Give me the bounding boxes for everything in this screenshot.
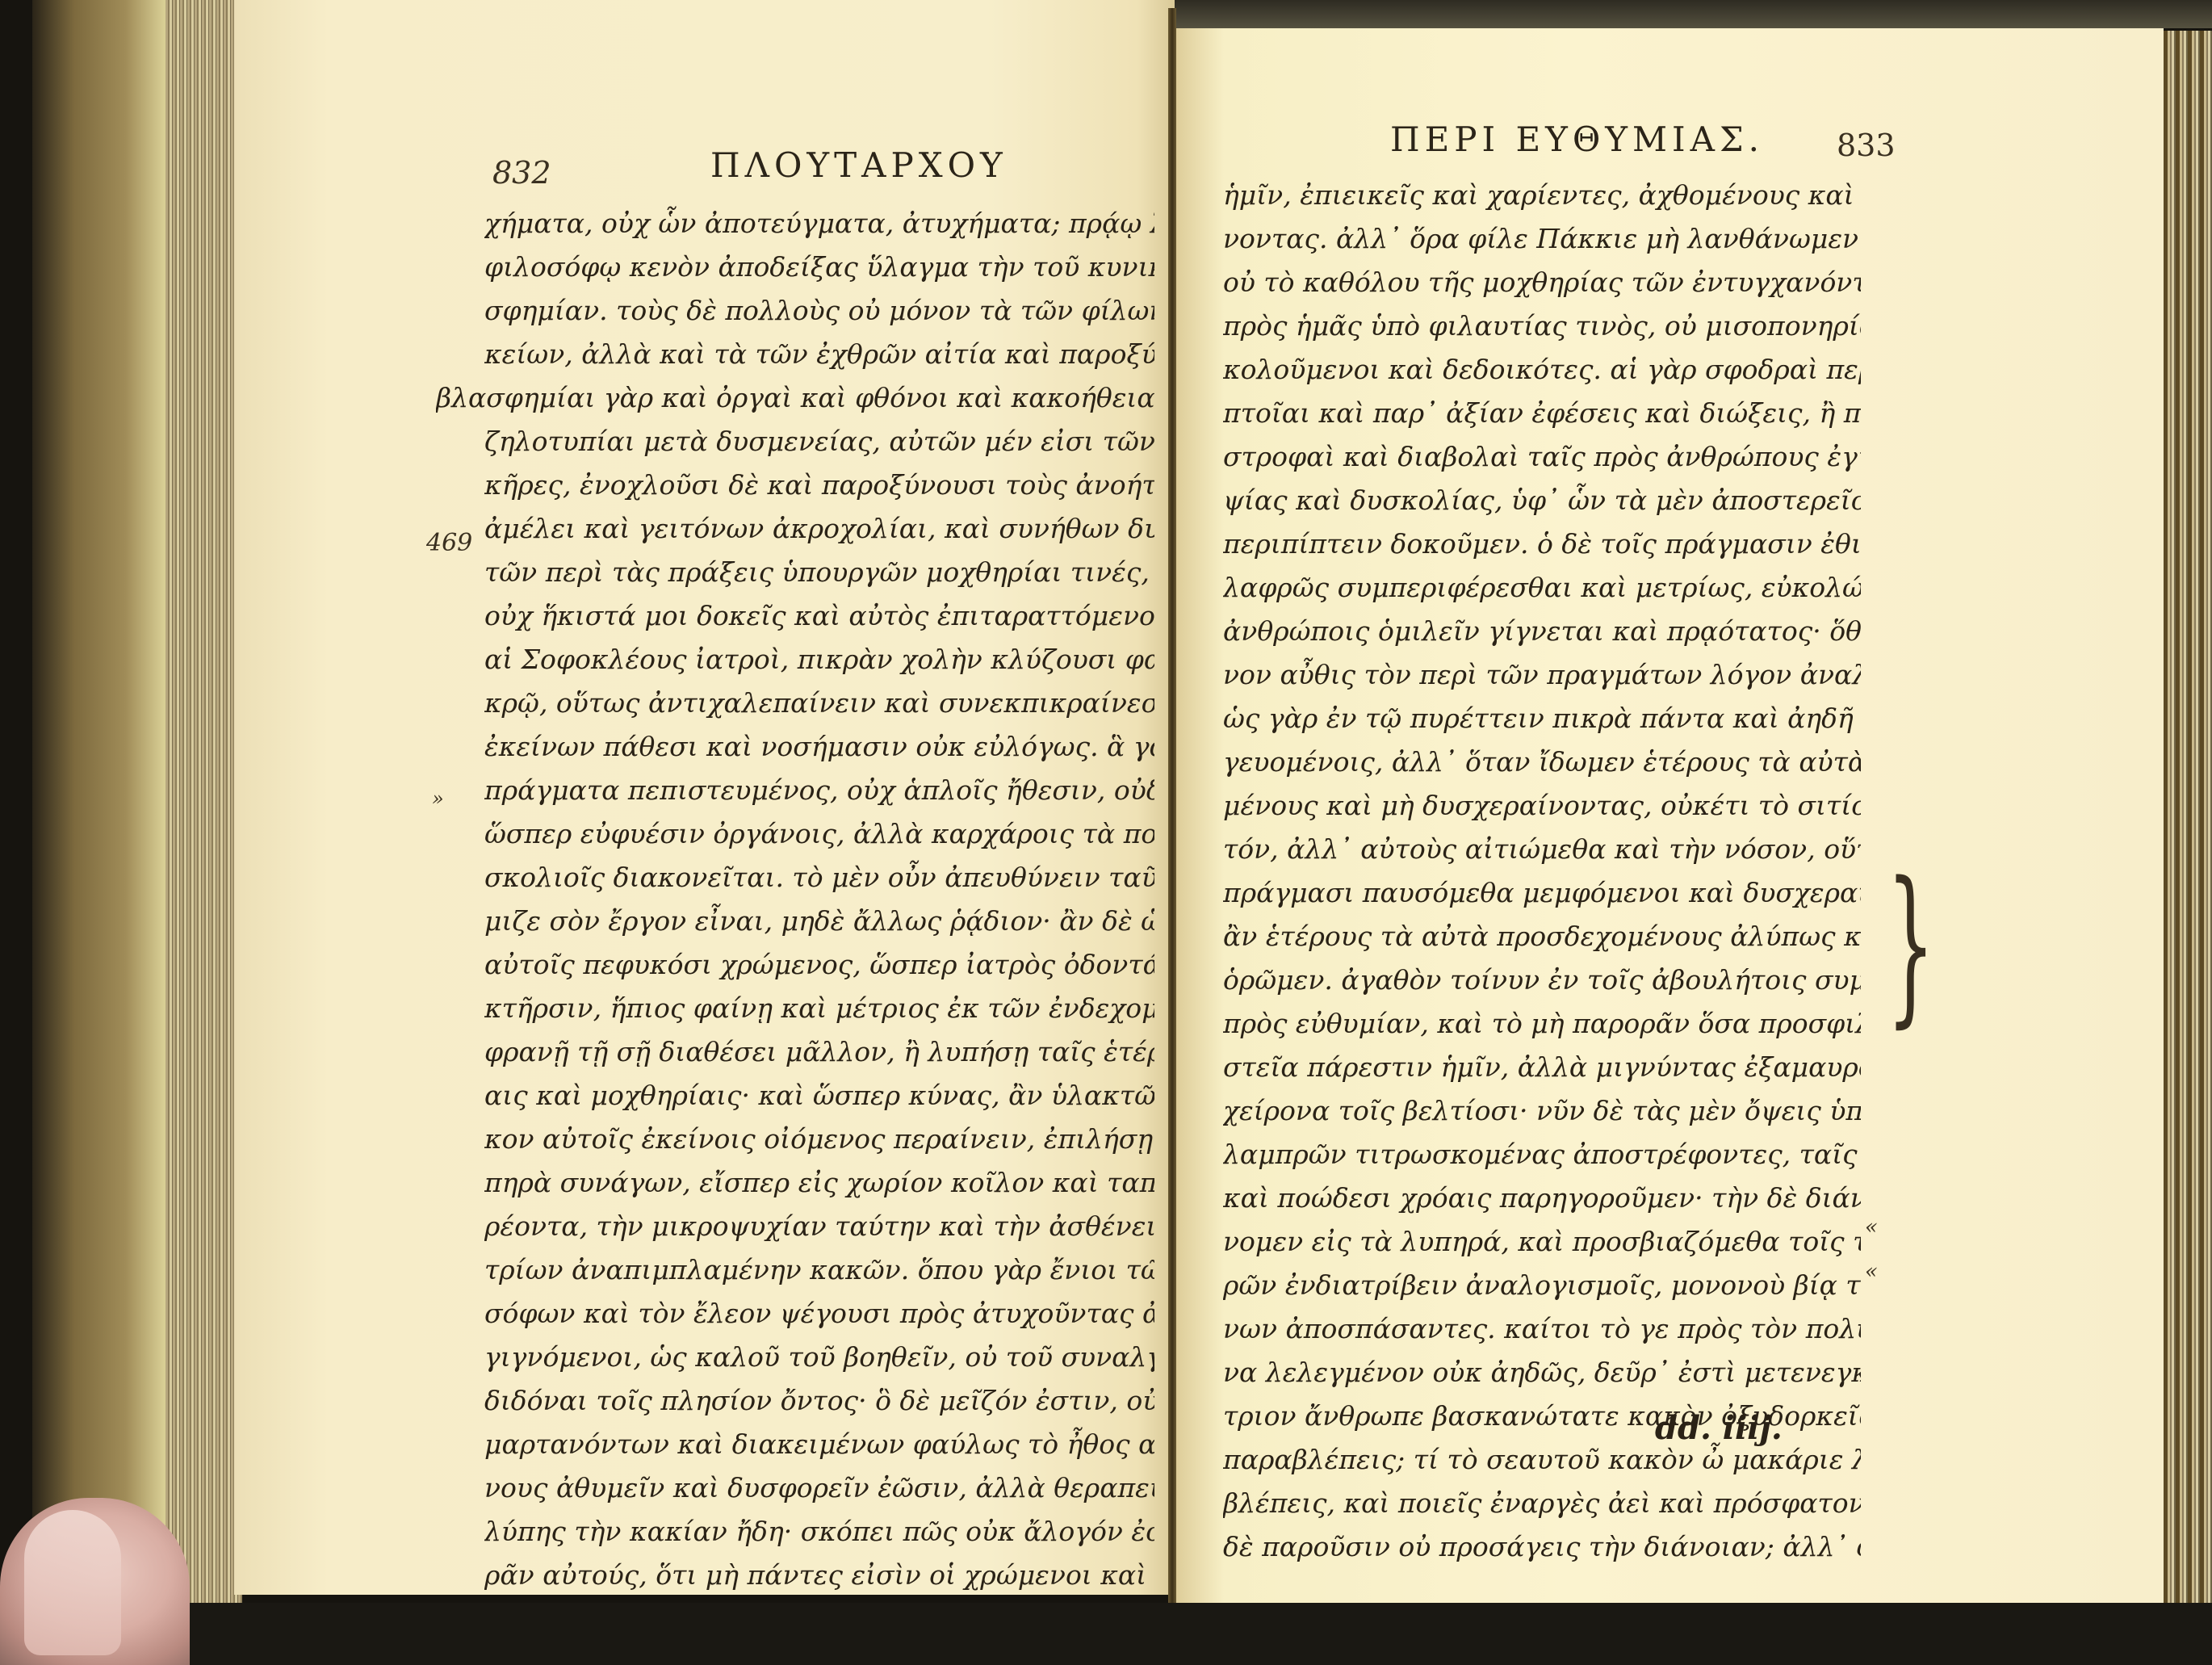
text-line: ὡς γὰρ ἐν τῷ πυρέττειν πικρὰ πάντα καὶ ἀ… (1223, 697, 1861, 740)
thumbnail-fingernail (24, 1510, 121, 1655)
text-line: ἡμῖν, ἐπιεικεῖς καὶ χαρίεντες, ἀχθομένου… (1223, 174, 1861, 217)
text-line: ρᾶν αὐτούς, ὅτι μὴ πάντες εἰσὶν οἱ χρώμε… (484, 1554, 1154, 1597)
text-line: νους ἀθυμεῖν καὶ δυσφορεῖν ἐῶσιν, ἀλλὰ θ… (484, 1466, 1154, 1510)
text-line: χείρονα τοῖς βελτίοσι· νῦν δὲ τὰς μὲν ὄψ… (1223, 1089, 1861, 1133)
background-top (1175, 0, 2212, 28)
text-line: ἀνθρώποις ὁμιλεῖν γίγνεται καὶ πρᾳότατος… (1223, 610, 1861, 653)
margin-quote-mark: » (432, 787, 444, 810)
right-page-number: 833 (1837, 128, 1896, 163)
text-line: καὶ ποώδεσι χρόαις παρηγοροῦμεν· τὴν δὲ … (1223, 1176, 1861, 1220)
left-page-edges (165, 0, 242, 1615)
text-line: κολοῦμενοι καὶ δεδοικότες. αἱ γὰρ σφοδρα… (1223, 348, 1861, 392)
left-running-head: ΠΛΟΥΤΑΡΧΟΥ (710, 145, 1008, 185)
text-line: μαρτανόντων καὶ διακειμένων φαύλως τὸ ἦθ… (484, 1423, 1154, 1466)
text-line: γιγνόμενοι, ὡς καλοῦ τοῦ βοηθεῖν, οὐ τοῦ… (484, 1336, 1154, 1379)
left-page-text: χήματα, οὐχ ὧν ἀποτεύγματα, ἀτυχήματα; π… (484, 202, 1154, 1597)
text-line: σόφων καὶ τὸν ἔλεον ψέγουσι πρὸς ἀτυχοῦν… (484, 1292, 1154, 1336)
margin-brace-annotation: } (1887, 860, 1935, 1030)
text-line: λαφρῶς συμπεριφέρεσθαι καὶ μετρίως, εὐκο… (1223, 566, 1861, 610)
text-line: νοντας. ἀλλ᾽ ὅρα φίλε Πάκκιε μὴ λανθάνωμ… (1223, 217, 1861, 261)
text-line: στεῖα πάρεστιν ἡμῖν, ἀλλὰ μιγνύντας ἐξαμ… (1223, 1046, 1861, 1089)
text-line: οὐ τὸ καθόλου τῆς μοχθηρίας τῶν ἐντυγχαν… (1223, 261, 1861, 304)
text-line: χήματα, οὐχ ὧν ἀποτεύγματα, ἀτυχήματα; π… (484, 202, 1154, 245)
text-line: στροφαὶ καὶ διαβολαὶ ταῖς πρὸς ἀνθρώπους… (1223, 435, 1861, 479)
text-line: πρὸς εὐθυμίαν, καὶ τὸ μὴ παρορᾶν ὅσα προ… (1223, 1002, 1861, 1046)
text-line: κον αὐτοῖς ἐκείνοις οἰόμενος περαίνειν, … (484, 1118, 1154, 1161)
text-line: πρὸς ἡμᾶς ὑπὸ φιλαυτίας τινὸς, οὐ μισοπο… (1223, 304, 1861, 348)
text-line: κτῆρσιν, ἥπιος φαίνῃ καὶ μέτριος ἐκ τῶν … (484, 987, 1154, 1030)
right-page-edges (2164, 31, 2212, 1613)
left-page-number: 832 (492, 155, 551, 191)
text-line: αὐτοῖς πεφυκόσι χρώμενος, ὥσπερ ἰατρὸς ὀ… (484, 943, 1154, 987)
background-bottom (0, 1603, 2212, 1665)
text-line: κρῷ, οὕτως ἀντιχαλεπαίνειν καὶ συνεκπικρ… (484, 682, 1154, 725)
text-line: να λελεγμένον οὐκ ἀηδῶς, δεῦρ᾽ ἐστὶ μετε… (1223, 1351, 1861, 1394)
text-line: κῆρες, ἐνοχλοῦσι δὲ καὶ παροξύνουσι τοὺς… (484, 463, 1154, 507)
text-line: σκολιοῖς διακονεῖται. τὸ μὲν οὖν ἀπευθύν… (484, 856, 1154, 900)
text-line: πράγματα πεπιστευμένος, οὐχ ἁπλοῖς ἤθεσι… (484, 769, 1154, 812)
text-line: δὲ παροῦσιν οὐ προσάγεις τὴν διάνοιαν; ἀ… (1223, 1525, 1861, 1569)
text-line: τρίων ἀναπιμπλαμένην κακῶν. ὅπου γὰρ ἔνι… (484, 1248, 1154, 1292)
text-line: περιπίπτειν δοκοῦμεν. ὁ δὲ τοῖς πράγμασι… (1223, 522, 1861, 566)
text-line: τόν, ἀλλ᾽ αὐτοὺς αἰτιώμεθα καὶ τὴν νόσον… (1223, 828, 1861, 871)
text-line: τῶν περὶ τὰς πράξεις ὑπουργῶν μοχθηρίαι … (484, 551, 1154, 594)
margin-quote-mark: « (1865, 1215, 1878, 1239)
text-line: ὁρῶμεν. ἀγαθὸν τοίνυν ἐν τοῖς ἀβουλήτοις… (1223, 958, 1861, 1002)
text-line: αις καὶ μοχθηρίαις· καὶ ὥσπερ κύνας, ἂν … (484, 1074, 1154, 1118)
text-line: ζηλοτυπίαι μετὰ δυσμενείας, αὐτῶν μέν εἰ… (484, 420, 1154, 463)
text-line: νον αὖθις τὸν περὶ τῶν πραγμάτων λόγον ἀ… (1223, 653, 1861, 697)
text-line: μιζε σὸν ἔργον εἶναι, μηδὲ ἄλλως ῥᾴδιον·… (484, 900, 1154, 943)
right-running-head: ΠΕΡΙ ΕΥΘΥΜΙΑΣ. (1390, 120, 1764, 159)
text-line: φρανῇ τῇ σῇ διαθέσει μᾶλλον, ἢ λυπήσῃ τα… (484, 1030, 1154, 1074)
text-line: πτοῖαι καὶ παρ᾽ ἀξίαν ἐφέσεις καὶ διώξει… (1223, 392, 1861, 435)
text-line: νων ἀποσπάσαντες. καίτοι τὸ γε πρὸς τὸν … (1223, 1307, 1861, 1351)
book-gutter (1168, 8, 1176, 1615)
text-line: βλασφημίαι γὰρ καὶ ὀργαὶ καὶ φθόνοι καὶ … (436, 376, 1154, 420)
text-line: ὥσπερ εὐφυέσιν ὀργάνοις, ἀλλὰ καρχάροις … (484, 812, 1154, 856)
right-page-text: ἡμῖν, ἐπιεικεῖς καὶ χαρίεντες, ἀχθομένου… (1223, 174, 1861, 1569)
text-line: βλέπεις, καὶ ποιεῖς ἐναργὲς ἀεὶ καὶ πρόσ… (1223, 1482, 1861, 1525)
text-line: κείων, ἀλλὰ καὶ τὰ τῶν ἐχθρῶν αἰτία καὶ … (484, 333, 1154, 376)
text-line: σφημίαν. τοὺς δὲ πολλοὺς οὐ μόνον τὰ τῶν… (484, 289, 1154, 333)
text-line: ρέοντα, τὴν μικροψυχίαν ταύτην καὶ τὴν ἀ… (484, 1205, 1154, 1248)
margin-quote-mark: « (1865, 1260, 1878, 1284)
text-line: αἱ Σοφοκλέους ἰατροὶ, πικρὰν χολὴν κλύζο… (484, 638, 1154, 682)
text-line: γευομένοις, ἀλλ᾽ ὅταν ἴδωμεν ἑτέρους τὰ … (1223, 740, 1861, 784)
text-line: διδόναι τοῖς πλησίον ὄντος· ὃ δὲ μεῖζόν … (484, 1379, 1154, 1423)
text-line: ψίας καὶ δυσκολίας, ὑφ᾽ ὧν τὰ μὲν ἀποστε… (1223, 479, 1861, 522)
text-line: ἂν ἑτέρους τὰ αὐτὰ προσδεχομένους ἀλύπως… (1223, 915, 1861, 958)
margin-section-number: 469 (426, 529, 472, 557)
text-line: φιλοσόφῳ κενὸν ἀποδείξας ὕλαγμα τὴν τοῦ … (484, 245, 1154, 289)
text-line: ἀμέλει καὶ γειτόνων ἀκροχολίαι, καὶ συνή… (484, 507, 1154, 551)
text-line: λαμπρῶν τιτρωσκομένας ἀποστρέφοντες, ταῖ… (1223, 1133, 1861, 1176)
text-line: μένους καὶ μὴ δυσχεραίνοντας, οὐκέτι τὸ … (1223, 784, 1861, 828)
signature-mark: dd. iiij. (1655, 1409, 1783, 1447)
text-line: ρῶν ἐνδιατρίβειν ἀναλογισμοῖς, μονονοὺ β… (1223, 1264, 1861, 1307)
text-line: νομεν εἰς τὰ λυπηρά, καὶ προσβιαζόμεθα τ… (1223, 1220, 1861, 1264)
text-line: πηρὰ συνάγων, εἴσπερ εἰς χωρίον κοῖλον κ… (484, 1161, 1154, 1205)
text-line: πράγμασι παυσόμεθα μεμφόμενοι καὶ δυσχερ… (1223, 871, 1861, 915)
text-line: οὐχ ἥκιστά μοι δοκεῖς καὶ αὐτὸς ἐπιταρατ… (484, 594, 1154, 638)
text-line: ἐκείνων πάθεσι καὶ νοσήμασιν οὐκ εὐλόγως… (484, 725, 1154, 769)
text-line: λύπης τὴν κακίαν ἤδη· σκόπει πῶς οὐκ ἄλο… (484, 1510, 1154, 1554)
